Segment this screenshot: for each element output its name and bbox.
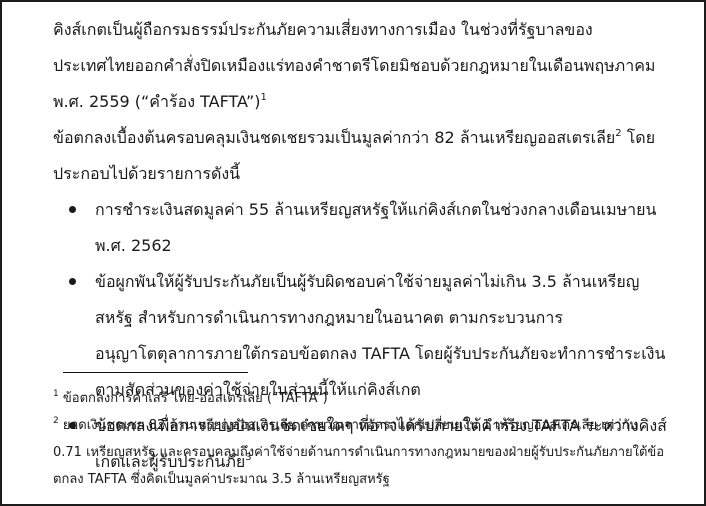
footnotes-section: 1 ข้อตกลงการค้าเสรี ไทย-ออสเตรเลีย (“TAF… [53, 372, 667, 493]
footnote-2: 2 ยอดเงินชดเชย 82 ล้านเหรียญออสเตรเลีย ค… [53, 412, 667, 493]
list-item-cash-payment: การชำระเงินสดมูลค่า 55 ล้านเหรียญสหรัฐให… [53, 192, 667, 264]
paragraph-text: ข้อตกลงเบื้องต้นครอบคลุมเงินชดเชยรวมเป็น… [53, 128, 615, 147]
footnote-ref-2: 2 [615, 128, 621, 139]
paragraph-political-risk-policy: คิงส์เกตเป็นผู้ถือกรมธรรม์ประกันภัยความเ… [53, 12, 667, 120]
paragraph-text: คิงส์เกตเป็นผู้ถือกรมธรรม์ประกันภัยความเ… [53, 20, 655, 111]
footnote-ref-1: 1 [261, 92, 267, 103]
footnote-1-marker: 1 [53, 389, 59, 399]
document-page: คิงส์เกตเป็นผู้ถือกรมธรรม์ประกันภัยความเ… [0, 0, 706, 506]
footnote-1-text: ข้อตกลงการค้าเสรี ไทย-ออสเตรเลีย (“TAFTA… [63, 391, 328, 406]
list-item-text: การชำระเงินสดมูลค่า 55 ล้านเหรียญสหรัฐให… [95, 200, 656, 255]
paragraph-settlement-overview: ข้อตกลงเบื้องต้นครอบคลุมเงินชดเชยรวมเป็น… [53, 120, 667, 192]
footnote-separator-line [63, 372, 248, 373]
footnote-1: 1 ข้อตกลงการค้าเสรี ไทย-ออสเตรเลีย (“TAF… [53, 385, 667, 412]
footnote-2-marker: 2 [53, 416, 59, 426]
footnote-2-text: ยอดเงินชดเชย 82 ล้านเหรียญออสเตรเลีย คำน… [53, 418, 664, 487]
